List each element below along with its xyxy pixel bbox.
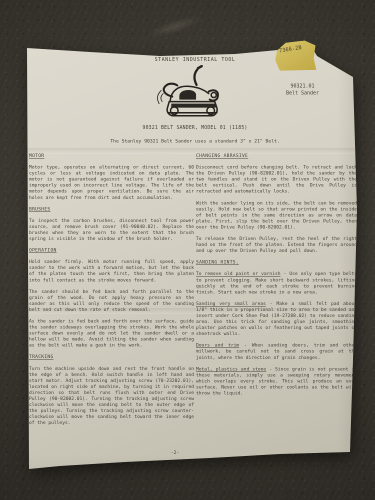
paragraph: As the sander is fed back and forth over…	[29, 318, 194, 348]
doc-subtitle: The Stanley 90321 Belt Sander uses a sta…	[10, 139, 375, 145]
section-motor: MOTOR Motor type, operates on alternatin…	[29, 153, 194, 201]
paragraph: Motor type, operates on alternating or d…	[29, 165, 194, 201]
hint-lead: Doors and trim	[196, 343, 239, 349]
right-column: CHANGING ABRASIVE Disconnect cord before…	[196, 153, 357, 402]
left-column: MOTOR Motor type, operates on alternatin…	[29, 153, 194, 432]
belt-sander-illustration	[149, 65, 235, 122]
section-changing-abrasive: CHANGING ABRASIVE Disconnect cord before…	[196, 153, 357, 254]
section-operation: OPERATION Hold sander firmly. With motor…	[29, 248, 194, 349]
hint-paragraph: To remove old paint or varnish - Use onl…	[196, 271, 357, 295]
section-brushes: BRUSHES To inspect the carbon brushes, d…	[29, 206, 194, 242]
section-heading-tracking: TRACKING	[29, 354, 194, 360]
company-header: STANLEY INDUSTRIAL TOOL	[10, 57, 375, 63]
doc-title: 90321 BELT SANDER, MODEL 01 (1185)	[10, 125, 375, 131]
paragraph: With the sander lying on its side, the b…	[196, 200, 357, 230]
section-tracking: TRACKING Turn the machine upside down an…	[29, 354, 194, 426]
product-number: 90321.01	[265, 83, 340, 90]
paragraph: Turn the machine upside down and rest th…	[29, 366, 194, 426]
photo-frame: STANLEY INDUSTRIAL TOOL 90321.01 Belt Sa…	[0, 0, 375, 500]
section-heading-motor: MOTOR	[29, 153, 194, 159]
product-name: Belt Sander	[265, 90, 340, 97]
paragraph: The sander should be fed back and forth …	[29, 289, 194, 313]
section-heading-operation: OPERATION	[29, 248, 194, 254]
paper-shadow-wrap: STANLEY INDUSTRIAL TOOL 90321.01 Belt Sa…	[0, 0, 375, 500]
hint-paragraph: Sanding very small areas - Make a small …	[196, 301, 357, 337]
paragraph: To release the Driven Pulley, rest the h…	[196, 236, 357, 254]
page-number: -2-	[150, 450, 200, 456]
hint-body: - Make a small felt pad about 1/8" thick…	[196, 301, 357, 337]
hint-paragraph: Metal, plastics and stone - Since grain …	[196, 366, 357, 396]
paragraph: Hold sander firmly. With motor running f…	[29, 259, 194, 283]
hint-lead: Sanding very small areas	[196, 301, 266, 307]
tab-stamp: 7366-2B	[279, 45, 302, 54]
product-id-block: 90321.01 Belt Sander	[265, 83, 340, 97]
section-sanding-hints: SANDING HINTS. To remove old paint or va…	[196, 260, 357, 397]
hint-lead: Metal, plastics and stone	[196, 366, 266, 372]
document-paper: STANLEY INDUSTRIAL TOOL 90321.01 Belt Sa…	[0, 0, 375, 500]
section-heading-changing-abrasive: CHANGING ABRASIVE	[196, 153, 357, 159]
hint-lead: To remove old paint or varnish	[196, 271, 280, 277]
paragraph: Disconnect cord before changing belt. To…	[196, 165, 357, 195]
hint-paragraph: Doors and trim - When sanding doors, tri…	[196, 343, 357, 361]
paragraph: To inspect the carbon brushes, disconnec…	[29, 218, 194, 242]
section-heading-brushes: BRUSHES	[29, 206, 194, 212]
section-heading-sanding-hints: SANDING HINTS.	[196, 260, 357, 266]
